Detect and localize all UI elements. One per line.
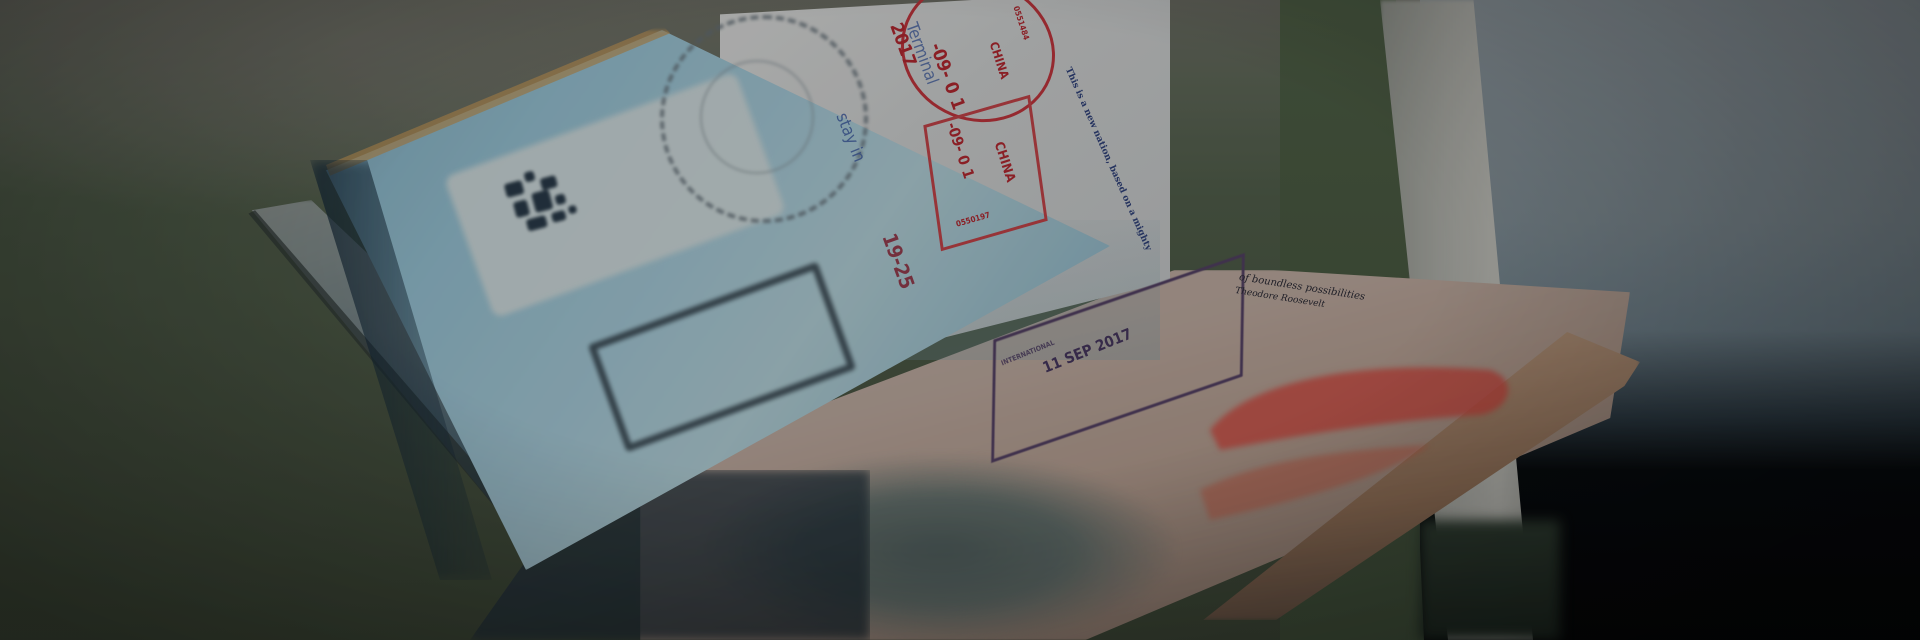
passport-photo: 2017 -09- 0 1 CHINA 0551484 CHINA -09- 0… xyxy=(0,0,1920,640)
round-entry-stamp-inner xyxy=(700,60,814,174)
